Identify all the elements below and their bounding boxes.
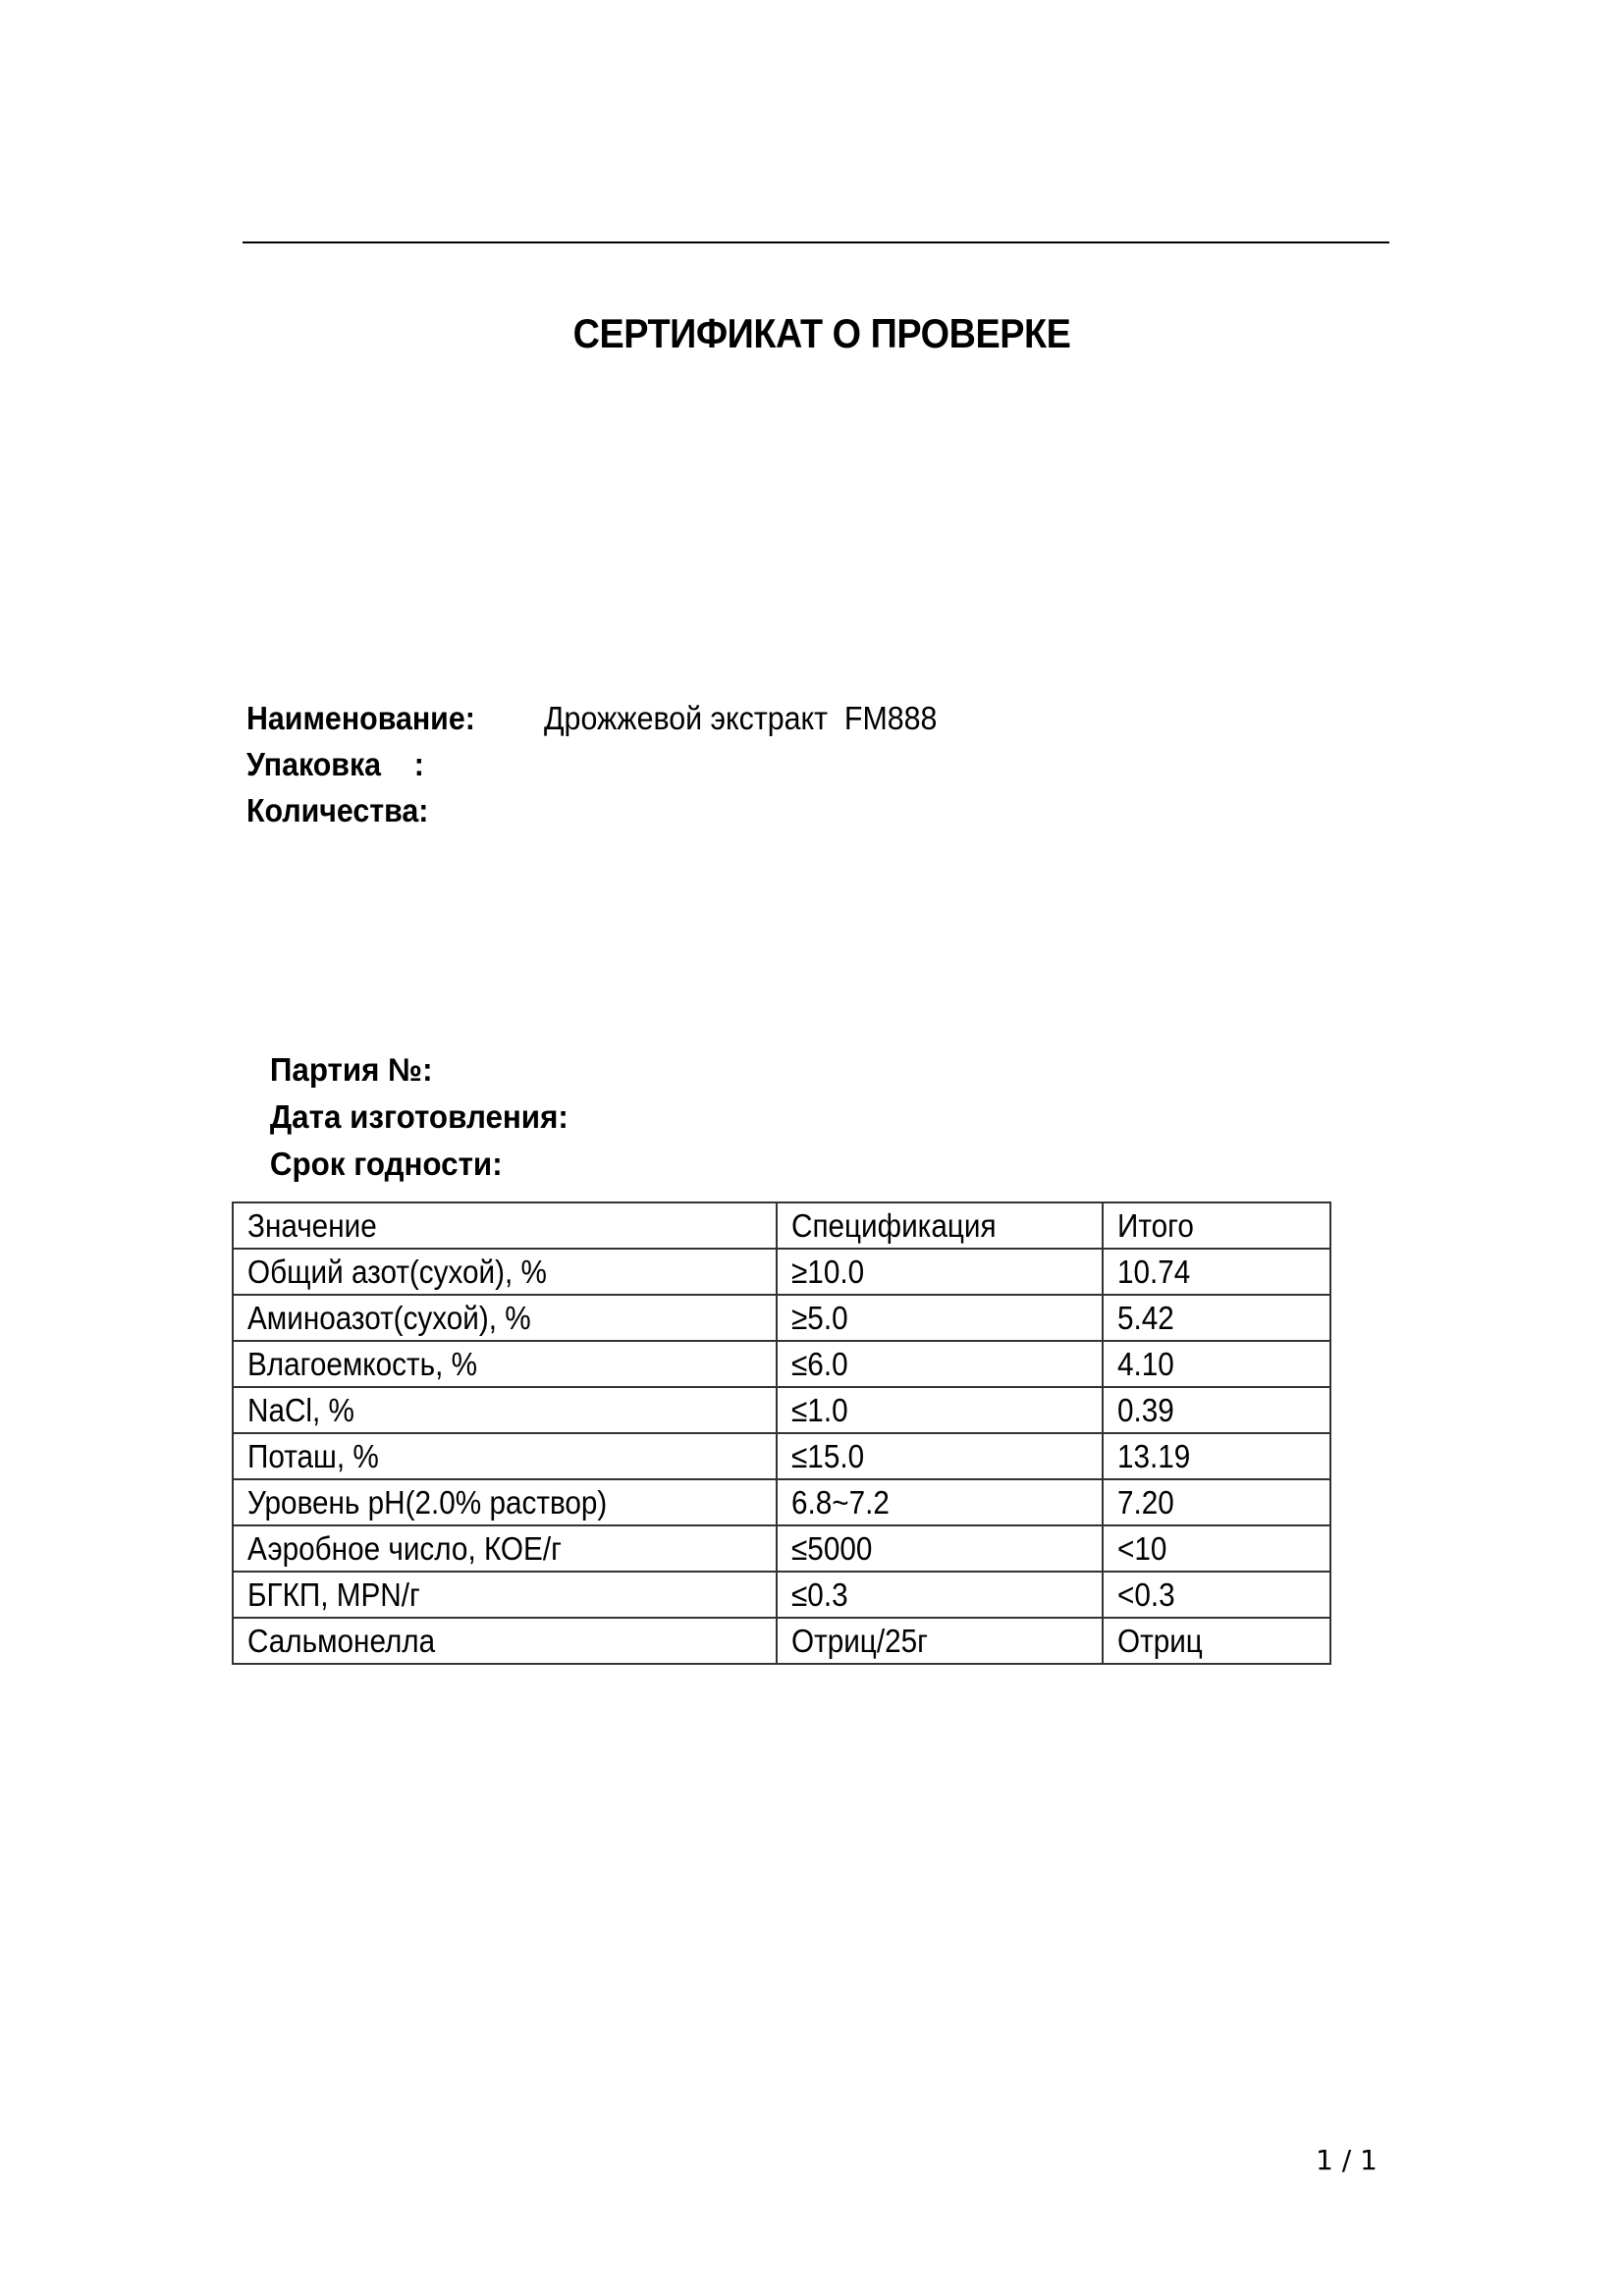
specification-cell: ≤6.0 [777,1341,1103,1387]
result-cell: 10.74 [1103,1249,1330,1295]
parameter-cell: Поташ, % [233,1433,777,1479]
cell-text: Отриц [1117,1619,1203,1663]
table-row: Аэробное число, КОЕ/г ≤5000 <10 [233,1525,1330,1572]
quantity-row: Количества: [246,787,971,833]
table-row: Поташ, % ≤15.0 13.19 [233,1433,1330,1479]
cell-text: Уровень pH(2.0% раствор) [247,1480,607,1524]
cell-text: 7.20 [1117,1480,1174,1524]
cell-text: ≤1.0 [791,1388,848,1432]
header-cell-parameter: Значение [233,1202,777,1249]
result-cell: <0.3 [1103,1572,1330,1618]
product-name-label: Наименование: [246,695,522,741]
cell-text: <10 [1117,1526,1166,1571]
specification-cell: ≥5.0 [777,1295,1103,1341]
specification-cell: ≥10.0 [777,1249,1103,1295]
specification-cell: ≤15.0 [777,1433,1103,1479]
header-text: Спецификация [791,1203,997,1248]
parameter-cell: Общий азот(сухой), % [233,1249,777,1295]
specification-cell: Отриц/25г [777,1618,1103,1664]
cell-text: БГКП, MPN/г [247,1573,420,1617]
parameter-cell: Влагоемкость, % [233,1341,777,1387]
expiry-label: Срок годности: [270,1146,503,1182]
result-cell: Отриц [1103,1618,1330,1664]
specification-cell: 6.8~7.2 [777,1479,1103,1525]
header-rule [243,241,1389,243]
cell-text: Аминоазот(сухой), % [247,1296,531,1340]
header-text: Итого [1117,1203,1194,1248]
header-text: Значение [247,1203,377,1248]
specification-table: Значение Спецификация Итого Общий азот(с… [232,1201,1331,1665]
cell-text: 0.39 [1117,1388,1174,1432]
quantity-label: Количества: [246,787,428,833]
cell-text: <0.3 [1117,1573,1175,1617]
batch-number-row: Партия №: [236,999,568,1046]
page-number: 1 / 1 [1316,2144,1378,2176]
cell-text: Поташ, % [247,1434,379,1478]
result-cell: 0.39 [1103,1387,1330,1433]
table-row: Уровень pH(2.0% раствор) 6.8~7.2 7.20 [233,1479,1330,1525]
parameter-cell: Аэробное число, КОЕ/г [233,1525,777,1572]
expiry-row: Срок годности: [236,1094,568,1141]
cell-text: Аэробное число, КОЕ/г [247,1526,562,1571]
result-cell: <10 [1103,1525,1330,1572]
specification-cell: ≤1.0 [777,1387,1103,1433]
cell-text: ≤15.0 [791,1434,864,1478]
header-cell-specification: Спецификация [777,1202,1103,1249]
parameter-cell: NaCl, % [233,1387,777,1433]
cell-text: ≤0.3 [791,1573,848,1617]
table-row: Влагоемкость, % ≤6.0 4.10 [233,1341,1330,1387]
product-name-value: Дрожжевой экстракт FM888 [544,695,937,741]
result-cell: 7.20 [1103,1479,1330,1525]
table-row: Общий азот(сухой), % ≥10.0 10.74 [233,1249,1330,1295]
table-header-row: Значение Спецификация Итого [233,1202,1330,1249]
parameter-cell: Сальмонелла [233,1618,777,1664]
cell-text: Отриц/25г [791,1619,928,1663]
cell-text: Сальмонелла [247,1619,435,1663]
product-info: Наименование: Дрожжевой экстракт FM888 У… [246,695,971,833]
cell-text: Общий азот(сухой), % [247,1250,547,1294]
table-row: Сальмонелла Отриц/25г Отриц [233,1618,1330,1664]
batch-info: Партия №: Дата изготовления: Срок годнос… [236,999,586,1141]
result-cell: 5.42 [1103,1295,1330,1341]
cell-text: ≥5.0 [791,1296,848,1340]
specification-cell: ≤0.3 [777,1572,1103,1618]
cell-text: ≤5000 [791,1526,872,1571]
cell-text: Влагоемкость, % [247,1342,477,1386]
packaging-label: Упаковка : [246,741,424,787]
cell-text: 10.74 [1117,1250,1190,1294]
specification-cell: ≤5000 [777,1525,1103,1572]
cell-text: 6.8~7.2 [791,1480,890,1524]
cell-text: 5.42 [1117,1296,1174,1340]
header-cell-result: Итого [1103,1202,1330,1249]
parameter-cell: Аминоазот(сухой), % [233,1295,777,1341]
document-title: СЕРТИФИКАТ О ПРОВЕРКЕ [82,310,1562,357]
product-name-row: Наименование: Дрожжевой экстракт FM888 [246,695,971,741]
result-cell: 4.10 [1103,1341,1330,1387]
cell-text: 13.19 [1117,1434,1190,1478]
cell-text: NaCl, % [247,1388,354,1432]
cell-text: ≥10.0 [791,1250,864,1294]
result-cell: 13.19 [1103,1433,1330,1479]
packaging-row: Упаковка : [246,741,971,787]
table-row: Аминоазот(сухой), % ≥5.0 5.42 [233,1295,1330,1341]
table-row: БГКП, MPN/г ≤0.3 <0.3 [233,1572,1330,1618]
parameter-cell: Уровень pH(2.0% раствор) [233,1479,777,1525]
cell-text: 4.10 [1117,1342,1174,1386]
cell-text: ≤6.0 [791,1342,848,1386]
manufacture-date-row: Дата изготовления: [236,1046,568,1094]
table-row: NaCl, % ≤1.0 0.39 [233,1387,1330,1433]
parameter-cell: БГКП, MPN/г [233,1572,777,1618]
